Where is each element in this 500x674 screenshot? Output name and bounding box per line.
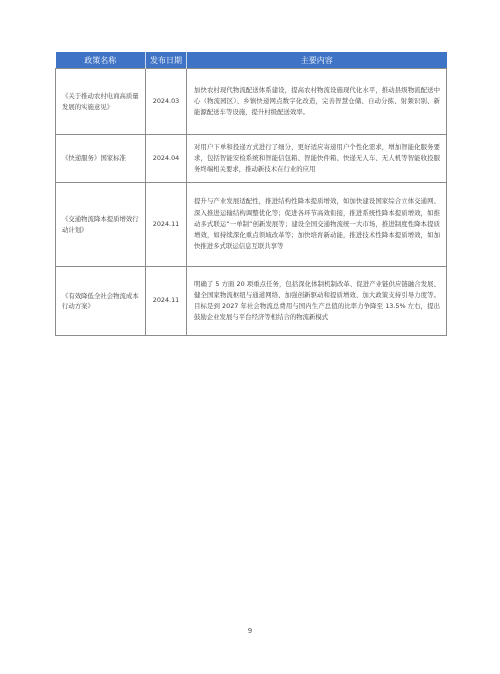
main-content-cell: 对用户下单和投递方式进行了细分，更好适应寄递用户个性化需求，增加智能化服务要求，… — [187, 135, 447, 183]
policy-name-cell: 《有效降低全社会物流成本行动方案》 — [56, 267, 146, 336]
table-row: 《快递服务》国家标准 2024.04 对用户下单和投递方式进行了细分，更好适应寄… — [56, 135, 447, 183]
policy-name-cell: 《关于推动农村电商高质量发展的实施意见》 — [56, 69, 146, 135]
table-row: 《有效降低全社会物流成本行动方案》 2024.11 明确了 5 方面 20 项重… — [56, 267, 447, 336]
table-row: 《交通物流降本提质增效行动计划》 2024.11 提升与产业发展适配性，推进结构… — [56, 183, 447, 267]
policy-name-cell: 《交通物流降本提质增效行动计划》 — [56, 183, 146, 267]
table-header-row: 政策名称 发布日期 主要内容 — [56, 52, 447, 69]
policy-table: 政策名称 发布日期 主要内容 《关于推动农村电商高质量发展的实施意见》 2024… — [55, 52, 447, 336]
release-date-cell: 2024.04 — [146, 135, 187, 183]
header-release-date: 发布日期 — [146, 52, 187, 69]
header-policy-name: 政策名称 — [56, 52, 146, 69]
header-main-content: 主要内容 — [187, 52, 447, 69]
main-content-cell: 明确了 5 方面 20 项重点任务，包括深化体制机制改革、促进产业链供应链融合发… — [187, 267, 447, 336]
main-content-cell: 加快农村现代物流配送体系建设，提高农村物流设施现代化水平，推动县级物流配送中心（… — [187, 69, 447, 135]
table-row: 《关于推动农村电商高质量发展的实施意见》 2024.03 加快农村现代物流配送体… — [56, 69, 447, 135]
page-number: 9 — [0, 627, 500, 635]
policy-name-cell: 《快递服务》国家标准 — [56, 135, 146, 183]
release-date-cell: 2024.03 — [146, 69, 187, 135]
release-date-cell: 2024.11 — [146, 183, 187, 267]
main-content-cell: 提升与产业发展适配性，推进结构性降本提质增效，如加快建设国家综合立体交通网、深入… — [187, 183, 447, 267]
release-date-cell: 2024.11 — [146, 267, 187, 336]
